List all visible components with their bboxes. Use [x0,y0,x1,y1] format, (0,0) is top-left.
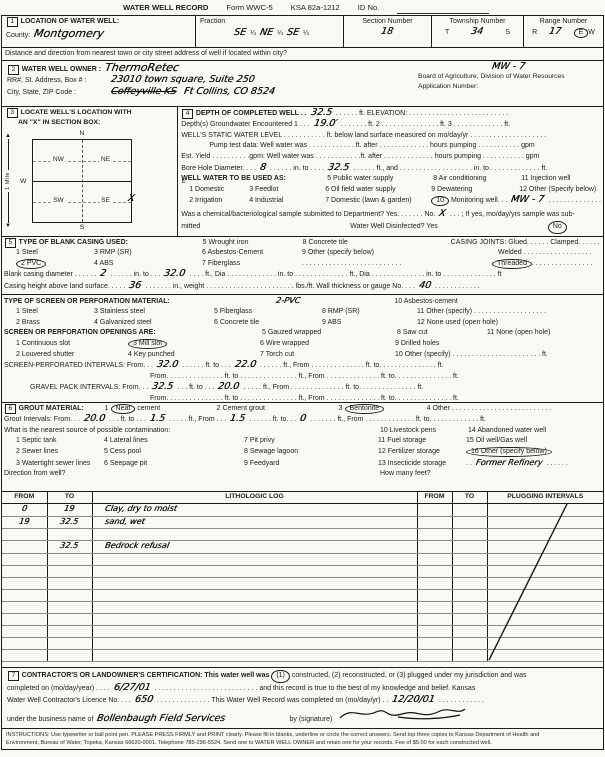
grout-mid-1: . . . ft. to . . . [109,415,146,426]
bore-mid: . . . . . . in. to . . . . [270,164,324,175]
arrow-down-icon: ▼ [5,223,11,229]
constructed-1-circled: (1) [271,670,290,684]
contamination-option-10: 10 Livestock pens [380,426,468,437]
use-option-2: 2 Irrigation [189,196,249,207]
well-tag-value: MW - 7 [492,62,527,71]
business-name-label: under the business name of [7,715,93,726]
casing-option-5: 5 Wrought iron [203,238,303,249]
township-block: Township Number T34S [431,16,523,47]
plugging-intervals-header: PLUGGING INTERVALS [487,492,603,504]
compass-e-label: E [182,177,187,188]
how-many-feet-question: How many feet? [380,469,601,480]
township-label: Township Number [434,17,521,28]
bore-diameter-value: 8 [259,163,267,172]
city-old-value: Coffeyville KS [110,87,177,96]
contamination-option-11: 11 Fuel storage [378,436,466,447]
disinfected-no-circled: No [548,221,567,235]
threaded-dots: . . . . . . . . . . . . . . . . [532,259,592,270]
township-prefix: T [445,28,449,39]
use-option-12: 12 Other (Specify below) [519,185,601,196]
grout-intervals-label: Grout Intervals: From. . . [4,415,80,426]
record-completed-tail: . . . . . . . . . . . . [439,696,484,707]
screen-option-3: 3 Stainless steel [94,307,214,318]
from-value: 19 [18,517,30,526]
owner-value: ThermoRetec [104,63,180,72]
table-row: 1932.5sand, wet [2,516,603,529]
screen-material-annotation: 2-PVC [275,296,301,305]
section-3-title-1: LOCATE WELL'S LOCATION WITH [21,108,132,119]
section-number-block: Section Number 18 [343,16,431,47]
opening-option-5: 5 Gauzed wrapped [262,328,397,339]
table-row [2,529,603,541]
gravel-pack-to: 20.0 [218,382,241,391]
sample-no-x: X [439,209,447,218]
gravel-pack-mid: . . . ft. to . . . [177,383,214,394]
screen-intervals-blank-line: From. . . . . . . . . . . . . . . ft. to… [2,372,603,383]
contamination-option-2: 2 Sewer lines [16,447,104,458]
grout-mid-3: . . . . . . ft. to. . . [249,415,296,426]
county-block: 1LOCATION OF WATER WELL: County:Montgome… [2,16,195,47]
static-water-level-line: WELL'S STATIC WATER LEVEL . . . . . . . … [179,131,603,142]
range-west: W [588,29,595,36]
record-completed-date-value: 12/20/01 [392,695,436,704]
opening-option-2: 2 Louvered shutter [16,350,128,361]
sample-wrap-word: mitted [181,222,200,233]
quadrant-ne-label: NE [99,155,112,166]
sample-question: Was a chemical/bacteriological sample su… [181,210,435,221]
id-number-blank [397,5,489,14]
section-number-value: 18 [381,27,395,36]
other-dots-right: . . . . . . [546,459,567,470]
lithologic-log-table: FROM TO LITHOLOGIC LOG FROM TO PLUGGING … [2,492,603,662]
casing-option-8: 8 Concrete tile [303,238,451,249]
casing-joints-label: CASING JOINTS: Glued. . . . . . Clamped.… [451,238,601,249]
quarter-symbol: ¼ [250,29,256,40]
groundwater-label: Depth(s) Groundwater Encountered 1 . . . [181,120,309,131]
screen-option-1: 1 Steel [16,307,94,318]
range-prefix: R [532,28,537,39]
township-suffix: S [505,28,510,39]
other-dots-left: . . [466,459,472,470]
contamination-option-4: 4 Lateral lines [104,436,244,447]
table-row [2,589,603,601]
log-entry: Bedrock refusal [104,541,170,550]
use-option-10-label: Monitoring well [451,197,498,204]
disinfected-question: Water Well Disinfected? Yes [350,222,438,233]
section-6-number: 6 [5,404,16,415]
direction-question: Direction from well? [4,469,380,480]
table-row [2,613,603,625]
instructions-block: INSTRUCTIONS: Use typewriter or ball poi… [1,728,604,750]
ksa-statute: KSA 82a-1212 [291,3,340,14]
table-row [2,649,603,661]
section-7-number: 7 [8,671,19,682]
form-header: WATER WELL RECORD Form WWC-5 KSA 82a-121… [1,0,604,16]
joints-welded: Welded . . . . . . . . . . . . . . . . .… [450,248,601,259]
grout-neat-circled: Neat [111,404,136,414]
record-completed-label: . . . . . . . . . . . . . . This Water W… [157,696,388,707]
screen-option-6: 6 Concrete tile [214,318,322,329]
grout-mid-2: . . . . . ft., From . . . [169,415,226,426]
certification-text: CONTRACTOR'S OR LANDOWNER'S CERTIFICATIO… [22,671,270,682]
log-entry: sand, wet [104,517,145,526]
application-number-label: Application Number: [418,82,600,92]
range-value: 17 [549,27,563,36]
contamination-option-15: 15 Oil well/Gas well [466,436,601,447]
completed-on-label: completed on (mo/day/year) . . . . [7,684,110,695]
section-box-grid: NW NE SW SE X [32,139,132,223]
casing-diameter-label: Blank casing diameter . . . . . . [4,270,96,281]
board-text: Board of Agriculture, Division of Water … [418,72,600,82]
screen-option-2: 2 Brass [16,318,94,329]
completed-date-value: 6/27/01 [113,683,151,692]
casing-option-1: 1 Steel [16,248,94,259]
grout-option-3-number: 3 [339,405,343,412]
use-option-4: 4 Industrial [249,196,325,207]
contamination-option-13: 13 Insecticide storage [378,459,466,470]
table-row [2,553,603,565]
use-option-3: 3 Feedlot [249,185,325,196]
certification-options: constructed, (2) reconstructed, or (3) p… [292,671,527,682]
county-label: County: [6,31,30,42]
use-option-6: 6 Oil field water supply [325,185,431,196]
screen-intervals-label: SCREEN-PERFORATED INTERVALS: From. . . [4,361,153,372]
log-entry: Clay, dry to moist [104,504,178,513]
screen-option-4: 4 Galvanized steel [94,318,214,329]
fraction-label: Fraction [200,17,225,28]
opening-option-1: 1 Continuous slot [16,339,128,350]
section-5-casing: 5TYPE OF BLANK CASING USED:5 Wrought iro… [1,236,604,403]
section-box-quarter-line-top [33,161,131,162]
from-value: 0 [21,504,28,513]
one-mile-scale: ▲ 1 Mile ▼ [5,133,11,229]
casing-option-9: 9 Other (specify below) [302,248,450,259]
table-header-row: FROM TO LITHOLOGIC LOG FROM TO PLUGGING … [2,492,603,504]
depth-value: 32.5 [310,108,333,117]
grout-interval-1-from: 20.0 [83,414,106,423]
form-title: WATER WELL RECORD [123,3,208,14]
opening-option-4: 4 Key punched [128,350,260,361]
table-row [2,577,603,589]
grout-interval-2-from: 1.5 [229,414,246,423]
from-header: FROM [2,492,47,504]
section-6-grout: 6GROUT MATERIAL:1 Neat cement2 Cement gr… [1,402,604,492]
contamination-option-12: 12 Fertilizer storage [378,447,466,458]
signature-label: by (signature) [290,715,333,726]
city-label: City, State, ZIP Code : [7,88,107,99]
contamination-option-6: 6 Seepage pit [104,459,244,470]
lithologic-log-section: FROM TO LITHOLOGIC LOG FROM TO PLUGGING … [1,491,604,668]
range-label: Range Number [526,17,601,28]
screen-option-10: 10 Asbestos-cement [304,297,601,308]
quadrant-nw-label: NW [51,155,66,166]
section-1-number: 1 [7,17,18,28]
used-as-title: WELL WATER TO BE USED AS: [181,174,327,185]
quarter-symbol: ¼ [303,29,309,40]
instructions-line-2: Environment, Bureau of Water, Topeka, Ka… [6,739,599,747]
section-box-center-hline [33,181,131,182]
range-east-circled: E [574,28,589,38]
casing-option-6: 6 Asbestos-Cement [202,248,302,259]
screen-material-title: TYPE OF SCREEN OR PERFORATION MATERIAL: [4,297,272,308]
section-2-number: 2 [8,65,19,76]
blank-casing-title: TYPE OF BLANK CASING USED: [19,238,203,249]
casing-option-2-circled: 2 PVC [16,259,46,269]
opening-option-10: 10 Other (specify) . . . . . . . . . . .… [395,350,601,361]
contamination-question: What is the nearest source of possible c… [4,426,380,437]
use-10-value: MW - 7 [511,195,546,204]
section-box-quarter-line-bottom [33,202,131,203]
well-x-mark: X [128,194,136,203]
range-block: Range Number R17EW [523,16,603,47]
to-header: TO [47,492,92,504]
opening-option-3-circled: 3 Mill slot [128,339,167,349]
gravel-pack-label: GRAVEL PACK INTERVALS: From. . . [30,383,148,394]
compass-n-label: N [32,129,132,140]
opening-option-8: 8 Saw cut [397,328,487,339]
section-2-owner: 2WATER WELL OWNER :ThermoRetec RR#, St. … [1,60,604,107]
use-option-8: 8 Air conditioning [433,174,521,185]
one-mile-label: 1 Mile [5,172,11,190]
from-header-2: FROM [417,492,452,504]
address-label: RR#, St. Address, Box # : [7,76,107,87]
contamination-option-14: 14 Abandoned water well [468,426,601,437]
groundwater-tail: . . . . . . . ft. 2 . . . . . . . . . . … [341,120,510,131]
screen-option-9: 9 ABS [322,318,417,329]
opening-option-11: 11 None (open hole) [487,328,601,339]
county-value: Montgomery [33,29,104,38]
to-value: 19 [63,504,75,513]
contamination-option-1: 1 Septic tank [16,436,104,447]
township-value: 34 [470,27,484,36]
section-3-title-2: AN "X" IN SECTION BOX: [18,118,100,129]
address-value: 23010 town square, Suite 250 [110,75,255,84]
est-yield-line: Est. Yield . . . . . . . . . .gpm: Well … [179,152,603,163]
id-number-label: ID No. [358,3,380,14]
table-row [2,565,603,577]
section-4-depth: 4DEPTH OF COMPLETED WELL . .32.5. . . . … [178,107,603,236]
casing-diameter-tail: . . . . ft., Dia . . . . . . . . . . . .… [190,270,502,281]
casing-weight-label: . . . . . . . in., weight . . . . . . . … [146,282,415,293]
fraction-1-value: SE [233,28,247,37]
instructions-line-1: INSTRUCTIONS: Use typewriter or ball poi… [6,731,599,739]
grout-title: GROUT MATERIAL: [19,404,105,415]
casing-height-label: Casing height above land surface. . . . … [4,282,125,293]
opening-option-9: 9 Drilled holes [395,339,601,350]
use-option-11: 11 Injection well [521,174,601,185]
use-10-dots: . . . [498,196,508,207]
table-row [2,637,603,649]
contamination-option-9: 9 Feedyard [244,459,378,470]
section-1-location: 1LOCATION OF WATER WELL: County:Montgome… [1,15,604,61]
groundwater-1-value: 19.0′ [313,119,338,128]
casing-diameter-mid: . . . . . . in. to . . . [110,270,160,281]
grout-option-1-number: 1 [105,405,109,412]
depth-label: DEPTH OF COMPLETED WELL . . [196,109,307,120]
compass-w-label: W [20,177,26,188]
gravel-pack-from: 32.5 [151,382,174,391]
opening-option-7: 7 Torch cut [260,350,395,361]
screen-option-5: 5 Fiberglass [214,307,322,318]
casing-other-dots: . . . . . . . . . . . . . . . . . . . . … [302,259,450,270]
water-well-record-form: WATER WELL RECORD Form WWC-5 KSA 82a-121… [0,0,605,757]
screen-intervals-mid: . . . . . . ft. to . . . [182,361,231,372]
fraction-2-value: NE [259,28,274,37]
contamination-option-3: 3 Watertight sewer lines [16,459,104,470]
gauge-value: 40 [418,281,432,290]
screen-interval-from: 32.0 [156,360,179,369]
pump-test-line: Pump test data: Well water was . . . . .… [179,141,603,152]
screen-option-8: 8 RMP (SR) [322,307,417,318]
section-7-certification: 7CONTRACTOR'S OR LANDOWNER'S CERTIFICATI… [1,667,604,729]
grout-bentonite-circled: Bentonite [345,404,385,414]
screen-option-11: 11 Other (specify) . . . . . . . . . . .… [417,307,601,318]
business-name-value: Bollenbaugh Field Services [97,714,227,723]
to-value: 32.5 [60,541,80,550]
table-row: 019Clay, dry to moist [2,504,603,517]
grout-option-4: 4 Other . . . . . . . . . . . . . . . . … [427,404,601,415]
use-option-10-circled: 10 [431,196,449,206]
bore-tail: . . . . . . ft., and . . . . . . . . . .… [353,164,547,175]
elevation-label: . . . . . . ft. ELEVATION: . . . . . . .… [336,109,508,120]
to-header-2: TO [452,492,487,504]
licence-number-value: 650 [134,695,154,704]
grout-option-1-label: cement [137,405,160,412]
casing-option-3: 3 RMP (SR) [94,248,202,259]
casing-option-7: 7 Fiberglass [202,259,302,270]
fraction-block: Fraction SE¼ NE¼ SE¼ [195,16,343,47]
form-number: Form WWC-5 [226,3,272,14]
screen-option-12: 12 None used (open hole) [417,318,601,329]
grout-interval-1-to: 1.5 [149,414,166,423]
contamination-option-5: 5 Cess pool [104,447,244,458]
quarter-symbol: ¼ [277,29,283,40]
section-3-number: 3 [7,108,18,119]
grout-interval-2-to: 0 [299,414,307,423]
quadrant-se-label: SE [99,196,112,207]
gravel-pack-tail: . . . . . ft., From . . . . . . . . . . … [244,383,424,394]
owner-label: WATER WELL OWNER : [22,65,101,76]
use-option-5: 5 Public water supply [327,174,433,185]
casing-diameter-value: 2 [99,269,107,278]
quadrant-sw-label: SW [51,196,65,207]
signature-scrawl [338,706,468,726]
lithologic-log-header: LITHOLOGIC LOG [92,492,417,504]
sample-tail: . . . ; If yes, mo/day/yrs sample was su… [450,210,575,221]
table-row [2,625,603,637]
compass-s-label: S [32,223,132,234]
licence-number-label: Water Well Contractor's Licence No. . . … [7,696,131,707]
contamination-option-16-circled: 16 Other (specify below) [466,447,552,457]
use-option-9: 9 Dewatering [431,185,519,196]
use-option-1: 1 Domestic [189,185,249,196]
contamination-option-7: 7 Pit privy [244,436,378,447]
openings-title: SCREEN OR PERFORATION OPENINGS ARE: [4,328,262,339]
city-value: Ft Collins, CO 8524 [184,87,276,96]
screen-intervals-tail: . . . . . . ft., From . . . . . . . . . … [260,361,444,372]
screen-interval-to: 22.0 [234,360,257,369]
casing-option-4: 4 ABS [94,259,202,270]
section-5-number: 5 [5,238,16,249]
fraction-3-value: SE [286,28,300,37]
use-10-tail: . . . . . . . . . . . . . . [548,196,601,207]
contamination-option-8: 8 Sewage lagoon [244,447,378,458]
joints-threaded-circled: Threaded [492,259,532,269]
gauge-tail: . . . . . . . . . . . . [435,282,480,293]
casing-height-value: 36 [129,281,143,290]
section-3-locate: 3LOCATE WELL'S LOCATION WITH AN "X" IN S… [2,107,178,236]
use-option-7: 7 Domestic (lawn & garden) [325,196,431,207]
grout-option-2: 2 Cement grout [217,404,339,415]
bore-depth-value: 32.5 [327,163,350,172]
section-1-title: LOCATION OF WATER WELL: [21,17,120,28]
section-3-4: 3LOCATE WELL'S LOCATION WITH AN "X" IN S… [1,106,604,237]
contamination-other-value: Former Refinery [475,458,543,467]
distance-question: Distance and direction from nearest town… [2,47,603,60]
bore-hole-label: Bore Hole Diameter. . . . [181,164,256,175]
section-4-number: 4 [182,109,193,120]
to-value: 32.5 [60,517,80,526]
agency-block: MW - 7 Board of Agriculture, Division of… [418,62,600,92]
record-true-text: . . . . . . . . . . . . . . . . . . . . … [154,684,475,695]
table-row [2,601,603,613]
opening-option-6: 6 Wire wrapped [260,339,395,350]
casing-depth-value: 32.0 [164,269,187,278]
grout-mid-4: . . . . . . . ft., From . . . . . . . . … [310,415,486,426]
table-row: 32.5Bedrock refusal [2,541,603,554]
